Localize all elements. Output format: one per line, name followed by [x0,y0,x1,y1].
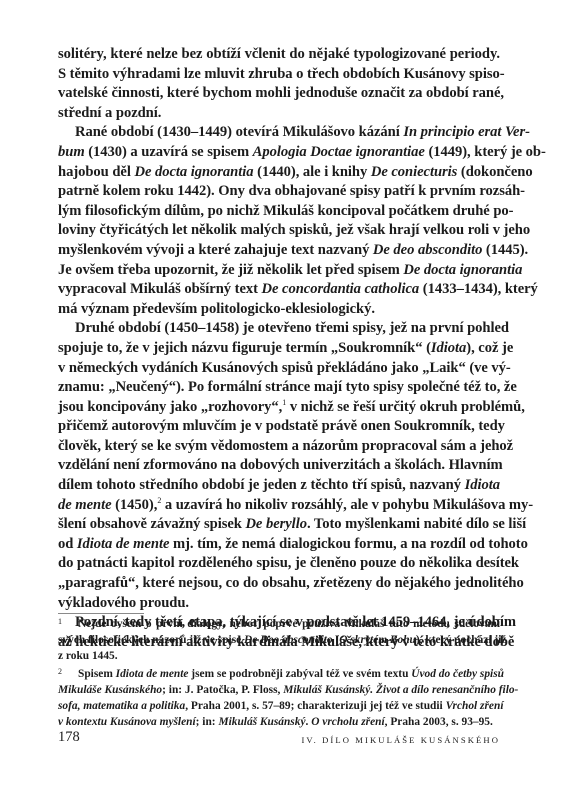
work-title: v kontextu Kusánova myšlení [58,716,196,728]
work-title: Mikuláš Kusánský [218,716,305,728]
page-number: 178 [58,729,80,746]
text-span: Je ovšem třeba upozornit, že již několik… [58,262,403,278]
text-line: Rané období (1430–1449) otevírá Mikulášo… [58,123,500,143]
text-line: v kontextu Kusánova myšlení; in: Mikuláš… [58,714,500,730]
text-line: svých filosofických názorů již ve spise … [58,632,500,648]
footnote-number: 1 [58,614,78,630]
work-title: De docta ignorantia [134,164,253,180]
work-title: Mikuláš Kusánský. Život a dílo renesančn… [283,684,518,696]
work-title: De docta ignorantia [403,262,522,278]
text-span: mj. tím, že nemá dialogickou formu, a na… [169,536,527,552]
text-span: jsem se podrobněji zabýval též ve svém t… [188,668,411,680]
work-title: Mikuláše Kusánského [58,684,162,696]
text-span: spojuje to, že v jejich názvu figuruje t… [58,340,431,356]
text-span: vypracoval Mikuláš obšírný text [58,281,262,297]
text-line: solitéry, které nelze bez obtíží včlenit… [58,45,500,65]
work-title: sofa, matematika a politika [58,700,185,712]
work-title: Idiota de mente [77,536,169,552]
text-span: hajobou děl [58,164,134,180]
main-text: solitéry, které nelze bez obtíží včlenit… [58,45,500,652]
work-title: bum [58,144,85,160]
text-line: sofa, matematika a politika, Praha 2001,… [58,698,500,714]
text-line: 1Nejde ovšem o první dialogy, neboť popr… [58,614,500,632]
text-span: svých filosofických názorů již ve spise [58,634,244,646]
text-line: vzdělání není zformováno na dobových uni… [58,456,500,476]
text-line: v německých vydáních Kusánových spisů př… [58,359,500,379]
text-line: přičemž autorovým mluvčím je v podstatě … [58,417,500,437]
work-title: De Deo abscondito [244,634,333,646]
paragraph-2: Rané období (1430–1449) otevírá Mikulášo… [58,123,500,319]
text-line: 2Spisem Idiota de mente jsem se podrobně… [58,664,500,682]
term: Idiota [431,340,466,356]
text-line: S těmito výhradami lze mluvit zhruba o t… [58,65,500,85]
text-line: Druhé období (1450–1458) je otevřeno tře… [58,319,500,339]
work-title: De coniecturis [371,164,457,180]
text-span: ), což je [466,340,513,356]
text-span: od [58,536,77,552]
text-span: šlení obsahově závažný spisek [58,516,245,532]
text-span: (1430) a uzavírá se spisem [85,144,253,160]
footnote-1: 1Nejde ovšem o první dialogy, neboť popr… [58,614,500,664]
work-title: de mente [58,497,112,513]
text-line: střední a pozdní. [58,104,500,124]
text-line: patrně kolem roku 1442). Ony dva obhajov… [58,182,500,202]
text-span: jsou koncipovány jako „rozhovory“, [58,399,282,415]
text-span: dílem tohoto středního období je jeden z… [58,477,465,493]
text-span: (1433–1434), který [419,281,538,297]
text-span: ; in: [196,716,219,728]
work-title: Idiota de mente [116,668,189,680]
text-span: Nejde ovšem o první dialogy, neboť poprv… [78,618,500,630]
text-line: výkladového proudu. [58,594,500,614]
paragraph-3: Druhé období (1450–1458) je otevřeno tře… [58,319,500,613]
text-line: znamu: „Neučený“). Po formální stránce m… [58,378,500,398]
footnotes: 1Nejde ovšem o první dialogy, neboť popr… [58,614,500,730]
text-line: loviny čtyřicátých let několik malých sp… [58,221,500,241]
text-span: ; in: J. Patočka, P. Floss, [162,684,283,696]
footnote-number: 2 [58,664,78,680]
text-line: Je ovšem třeba upozornit, že již několik… [58,261,500,281]
text-span: (dokončeno [457,164,532,180]
text-line: jsou koncipovány jako „rozhovory“,1 v ni… [58,398,500,418]
work-title: Apologia Doctae ignorantiae [253,144,425,160]
work-title: De concordantia catholica [262,281,420,297]
text-line: de mente (1450),2 a uzavírá ho nikoliv r… [58,496,500,516]
text-line: do patnácti kapitol rozděleného spisu, j… [58,554,500,574]
text-line: vatelské činnosti, které bychom mohli je… [58,84,500,104]
work-title: In principio erat Ver- [403,124,530,140]
footnote-2: 2Spisem Idiota de mente jsem se podrobně… [58,664,500,730]
work-title: O skrytém Bohu [339,634,416,646]
text-span: v nichž se řeší určitý okruh problémů, [286,399,525,415]
text-line: dílem tohoto středního období je jeden z… [58,476,500,496]
text-line: šlení obsahově závažný spisek De beryllo… [58,515,500,535]
work-title: Vrchol zření [446,700,504,712]
text-span: (1449), který je ob- [425,144,546,160]
text-line: od Idiota de mente mj. tím, že nemá dial… [58,535,500,555]
text-line: hajobou děl De docta ignorantia (1440), … [58,163,500,183]
work-title: De deo abscondito [373,242,482,258]
text-span: , Praha 2001, s. 57–89; charakterizuji j… [185,700,445,712]
text-line: myšlenkovém vývoji a které zahajuje text… [58,241,500,261]
text-span: myšlenkovém vývoji a které zahajuje text… [58,242,373,258]
text-span: Rané období (1430–1449) otevírá Mikulášo… [75,124,403,140]
book-page: solitéry, které nelze bez obtíží včlenit… [0,0,566,800]
text-line: vypracoval Mikuláš obšírný text De conco… [58,280,500,300]
text-line: spojuje to, že v jejich názvu figuruje t… [58,339,500,359]
text-line: z roku 1445. [58,648,500,664]
text-span: , Praha 2003, s. 93–95. [385,716,493,728]
text-span: Spisem [78,668,116,680]
text-span: (1445). [482,242,528,258]
work-title: De beryllo [245,516,307,532]
work-title: Idiota [465,477,500,493]
running-head: IV. DÍLO MIKULÁŠE KUSÁNSKÉHO [301,735,500,745]
text-line: Mikuláše Kusánského; in: J. Patočka, P. … [58,682,500,698]
text-span: (1450), [112,497,158,513]
work-title: O vrcholu zření [311,716,384,728]
text-line: má význam především politologicko-eklesi… [58,300,500,320]
work-title: Úvod do četby spisů [411,668,504,680]
text-line: člověk, který se ke svým vědomostem a ná… [58,437,500,457]
text-span: (1440), ale i knihy [254,164,371,180]
paragraph-1: solitéry, které nelze bez obtíží včlenit… [58,45,500,123]
text-span: . Toto myšlenkami nabité dílo se liší [307,516,526,532]
text-line: „paragrafů“, které nejsou, co do obsahu,… [58,574,500,594]
text-span: a uzavírá ho nikoliv rozsáhlý, ale v poh… [161,497,533,513]
text-line: bum (1430) a uzavírá se spisem Apologia … [58,143,500,163]
text-span: ), který pochází již [416,634,506,646]
text-line: lým filosofickým dílům, po nichž Mikuláš… [58,202,500,222]
